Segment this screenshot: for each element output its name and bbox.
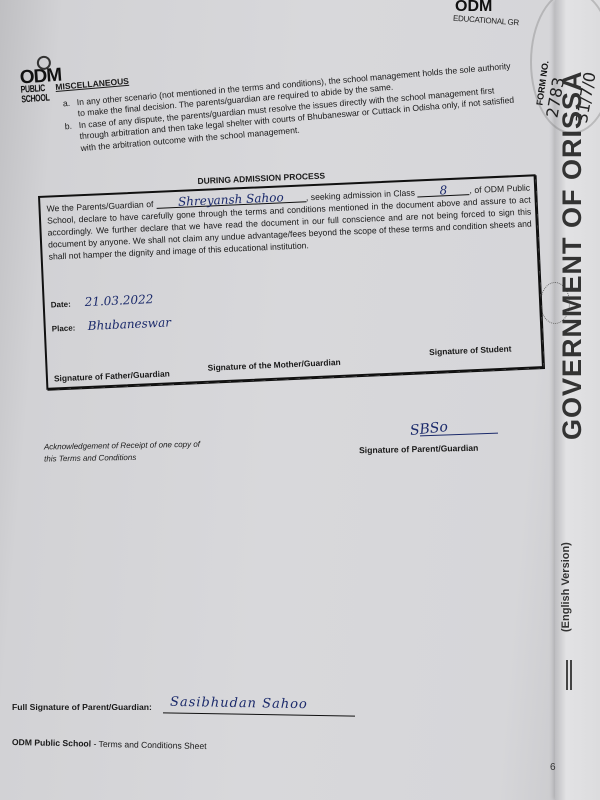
declaration-box: We the Parents/Guardian of Shreyansh Sah… <box>38 174 544 390</box>
mother-signature-label: Signature of the Mother/Guardian <box>207 357 340 373</box>
date-field[interactable]: 21.03.2022 <box>84 292 153 309</box>
place-field[interactable]: Bhubaneswar <box>87 315 171 333</box>
double-line-mark <box>566 660 572 690</box>
declaration-text: We the Parents/Guardian of Shreyansh Sah… <box>46 182 532 263</box>
admission-declaration: DURING ADMISSION PROCESS We the Parents/… <box>38 174 548 396</box>
english-version-label: (English Version) <box>560 542 572 632</box>
father-signature-label: Signature of Father/Guardian <box>54 368 170 383</box>
class-field[interactable]: 8 <box>417 184 469 197</box>
acknowledgement-text: Acknowledgement of Receipt of one copy o… <box>44 439 214 466</box>
government-text: GOVERNMENT OF ORISSA <box>557 70 588 440</box>
place-label: Place: <box>52 323 76 333</box>
page-number: 6 <box>550 762 556 773</box>
footer-school: ODM Public School <box>12 737 91 749</box>
full-signature-field[interactable]: Sasibhudan Sahoo <box>170 695 308 712</box>
student-signature-label: Signature of Student <box>429 343 512 357</box>
date-label: Date: <box>51 300 71 310</box>
full-signature-label: Full Signature of Parent/Guardian: <box>12 702 152 712</box>
